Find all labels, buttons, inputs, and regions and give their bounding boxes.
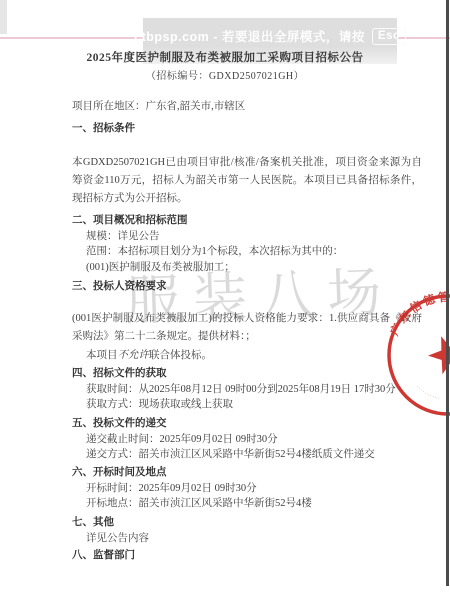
project-region-line: 项目所在地区：广东省,韶关市,市辖区 (72, 99, 422, 115)
document-body: 项目所在地区：广东省,韶关市,市辖区 一、招标条件 本GDXD2507021GH… (72, 99, 422, 564)
seal-microtext: · · · · · · · · · · (415, 384, 439, 400)
opening-place-line: 开标地点：韶关市浈江区风采路中华新街52号4楼 (72, 496, 422, 512)
opening-time-line: 开标时间：2025年09月02日 09时30分 (72, 481, 422, 497)
section-2-heading: 二、项目概况和招标范围 (72, 213, 422, 229)
obtain-time-line: 获取时间：从2025年08月12日 09时00分到2025年08月19日 17时… (72, 382, 422, 398)
joint-bid-emphasis: 不允许 (118, 350, 150, 361)
section-6-heading: 六、开标时间及地点 (72, 465, 422, 481)
fullscreen-toast-message: ctbpsp.com - 若要退出全屏模式，请按 (134, 27, 365, 45)
section-1-heading: 一、招标条件 (72, 121, 422, 137)
scope-line: 范围：本招标项目划分为1个标段，本次招标为其中的： (72, 244, 422, 260)
esc-key-badge: Esc (372, 28, 406, 45)
submit-deadline-line: 递交截止时间：2025年09月02日 09时30分 (72, 432, 422, 448)
other-detail-line: 详见公告内容 (72, 531, 422, 547)
joint-bid-line: 本项目不允许联合体投标。 (72, 348, 422, 364)
section-7-heading: 七、其他 (72, 515, 422, 531)
page-edge-line (446, 0, 449, 586)
joint-bid-suffix: 联合体投标。 (149, 350, 212, 361)
document-title: 2025年度医护制服及布类被服加工采购项目招标公告 (0, 49, 450, 65)
section-3-heading: 三、投标人资格要求 (72, 279, 422, 295)
qualification-paragraph: (001医护制服及布类被服加工)的投标人资格能力要求：1.供应商具备《政府采购法… (72, 310, 422, 346)
document-page[interactable]: ctbpsp.com - 若要退出全屏模式，请按 Esc 2025年度医护制服及… (0, 0, 450, 600)
section-1-paragraph: 本GDXD2507021GH已由项目审批/核准/备案机关批准，项目资金来源为自筹… (72, 154, 422, 208)
section-5-heading: 五、投标文件的递交 (72, 416, 422, 432)
section-4-heading: 四、招标文件的获取 (72, 366, 422, 382)
submit-method-line: 递交方式：韶关市浈江区风采路中华新街52号4楼纸质文件递交 (72, 447, 422, 463)
seal-company-text: 广东信德管理咨询有限公司 (378, 285, 450, 338)
red-company-seal: 广东信德管理咨询有限公司 · · · · · · · · · · (378, 285, 450, 425)
joint-bid-prefix: 本项目 (86, 350, 118, 361)
lot-line: (001)医护制服及布类被服加工； (72, 260, 422, 276)
scan-artifact-top-left (0, 0, 7, 34)
tender-number: （招标编号：GDXD2507021GH） (0, 67, 450, 82)
section-8-heading: 八、监督部门 (72, 548, 422, 564)
obtain-method-line: 获取方式：现场获取或线上获取 (72, 397, 422, 413)
scale-line: 规模：详见公告 (72, 229, 422, 245)
